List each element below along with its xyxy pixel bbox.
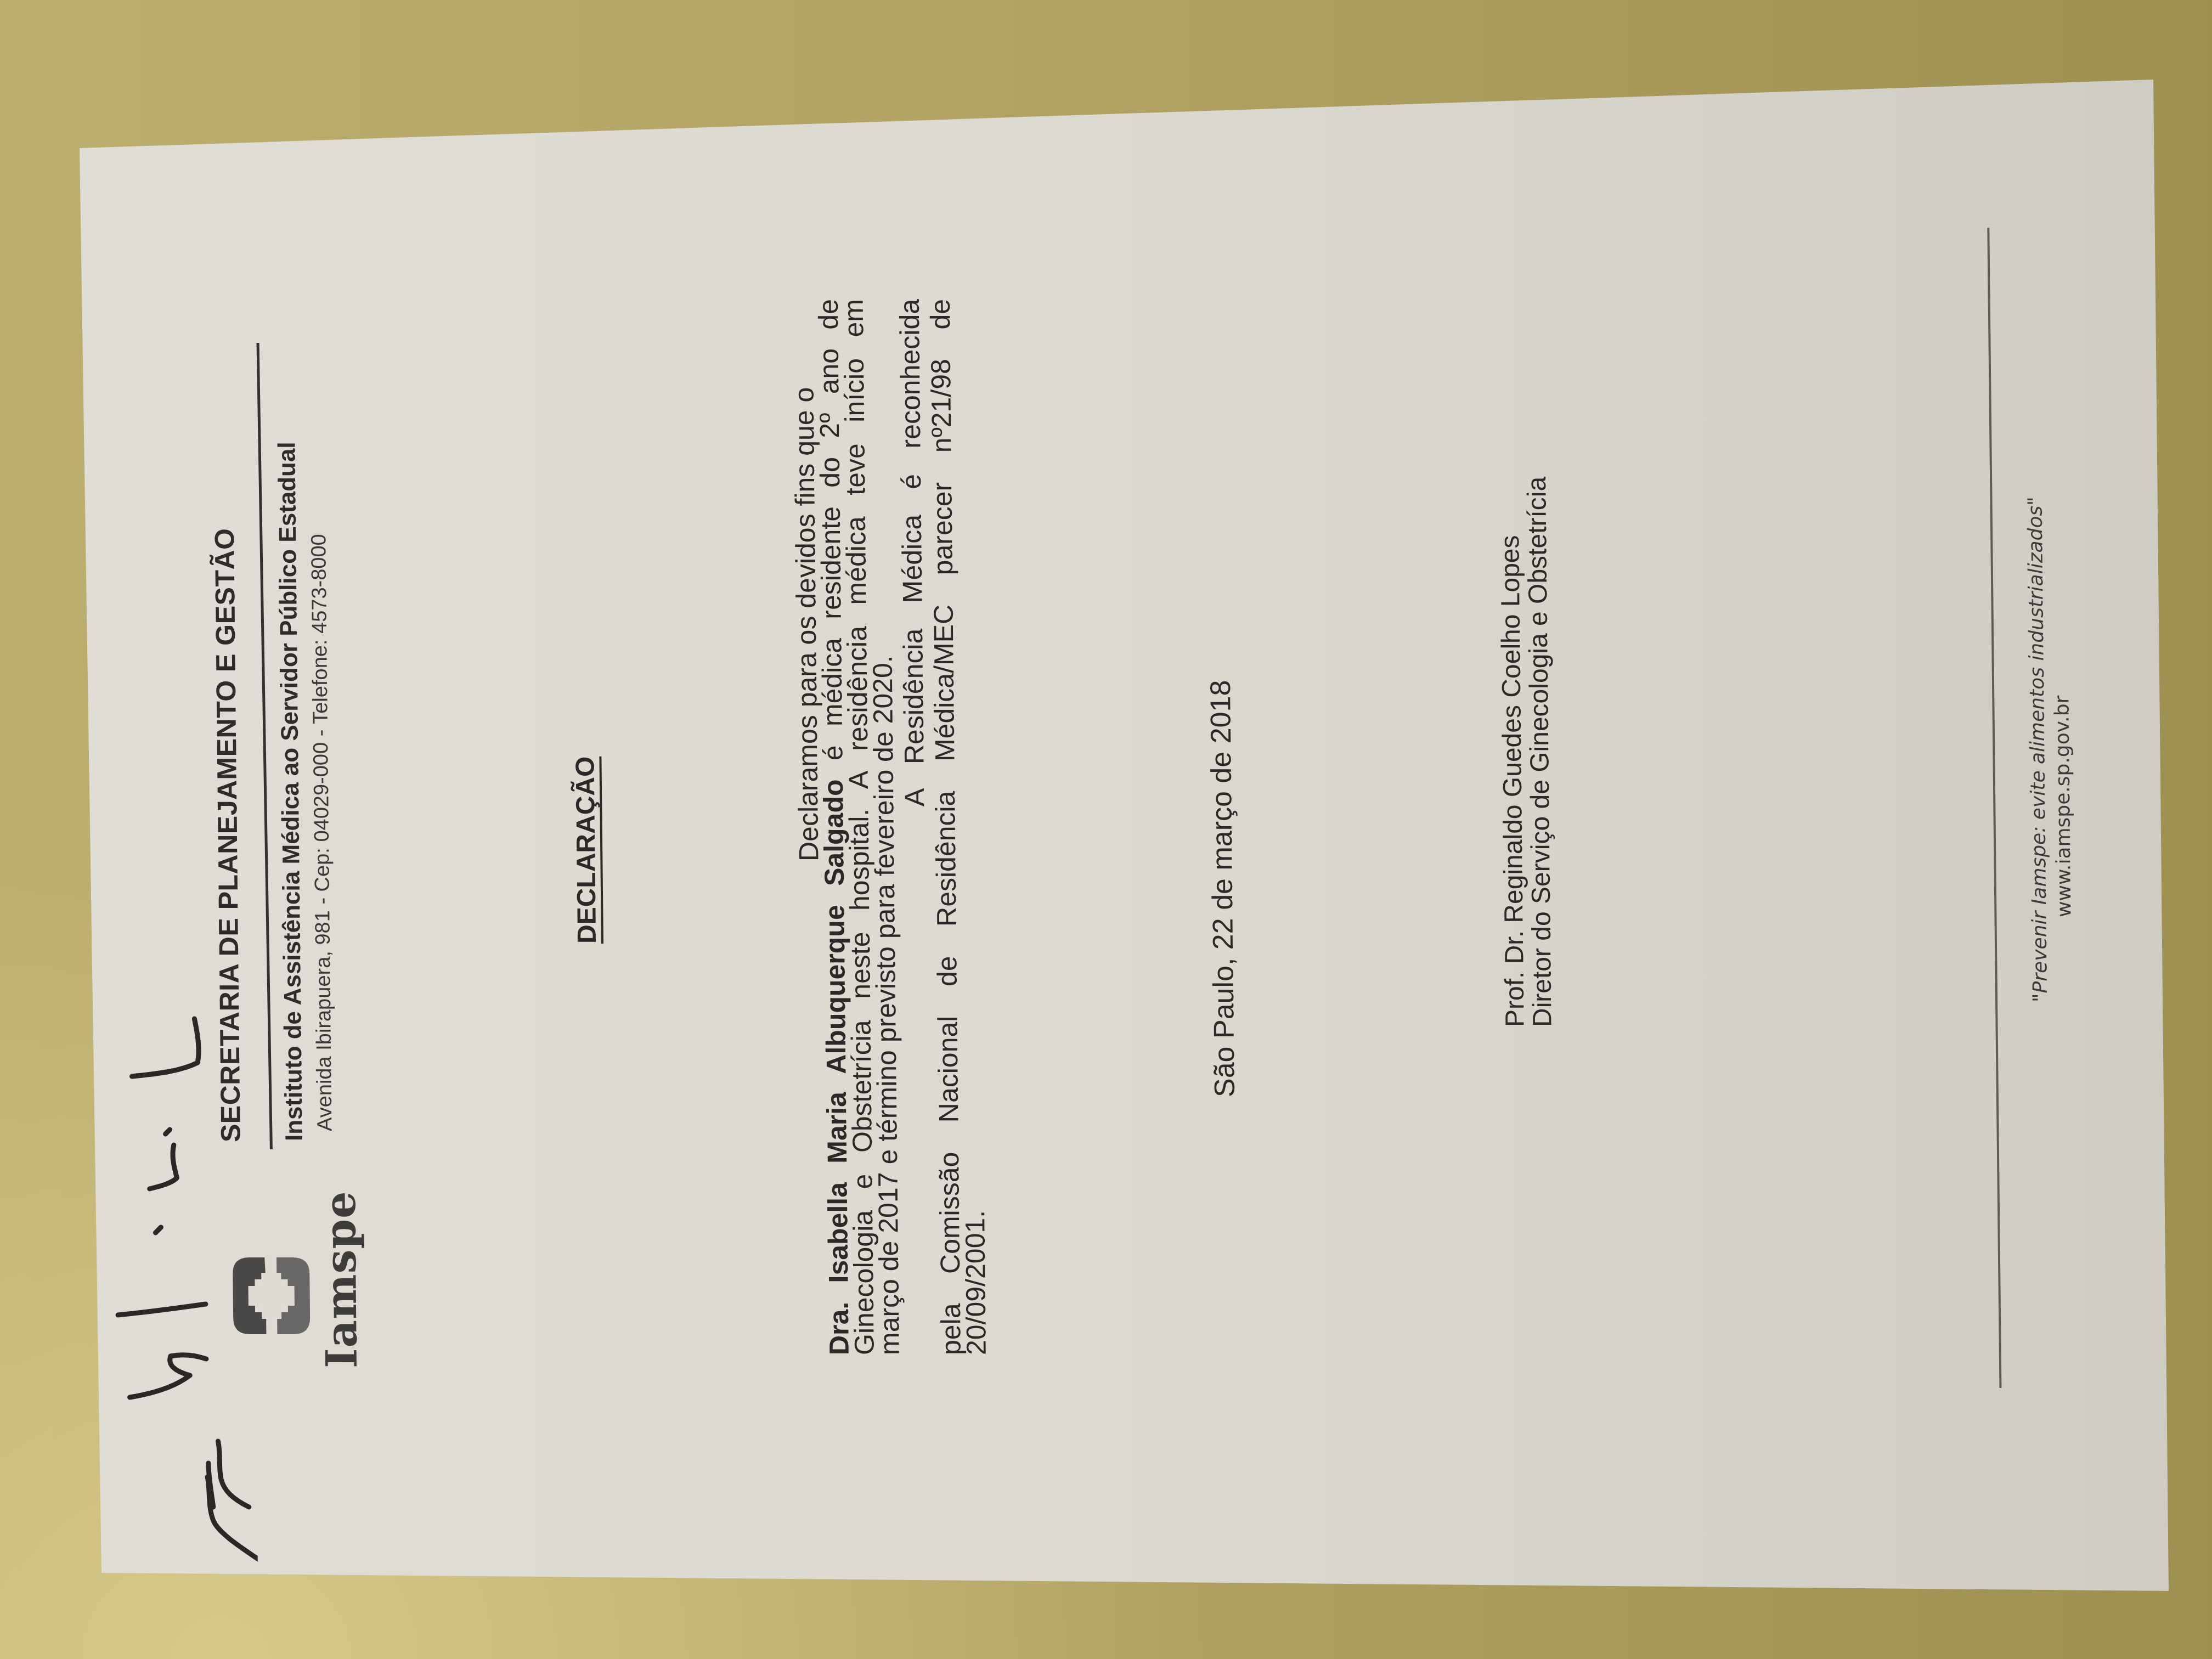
logo-wordmark: Iamspe [315,1190,367,1368]
header-institution: Instituto de Assistência Médica ao Servi… [273,442,308,1141]
document-date: São Paulo, 22 de março de 2018 [1204,680,1242,1097]
document-body: Declaramos para os devidos fins que o Dr… [791,299,989,1355]
signatory-title: Diretor do Serviço de Ginecologia e Obst… [1522,477,1558,1027]
footer-slogan: "Prevenir Iamspe: evite alimentos indust… [2024,496,2052,1002]
document-title: DECLARAÇÃO [570,757,602,944]
footer-divider [1987,228,2001,1388]
document-page: Iamspe SECRETARIA DE PLANEJAMENTO E GEST… [67,92,2167,1573]
handwritten-signature-icon [76,969,258,1573]
header-divider [257,343,273,1149]
footer-website: www.iamspe.sp.gov.br [2051,696,2075,917]
paper-sheet: Iamspe SECRETARIA DE PLANEJAMENTO E GEST… [0,0,2212,1659]
header-address: Avenida Ibirapuera, 981 - Cep: 04029-000… [307,534,337,1131]
